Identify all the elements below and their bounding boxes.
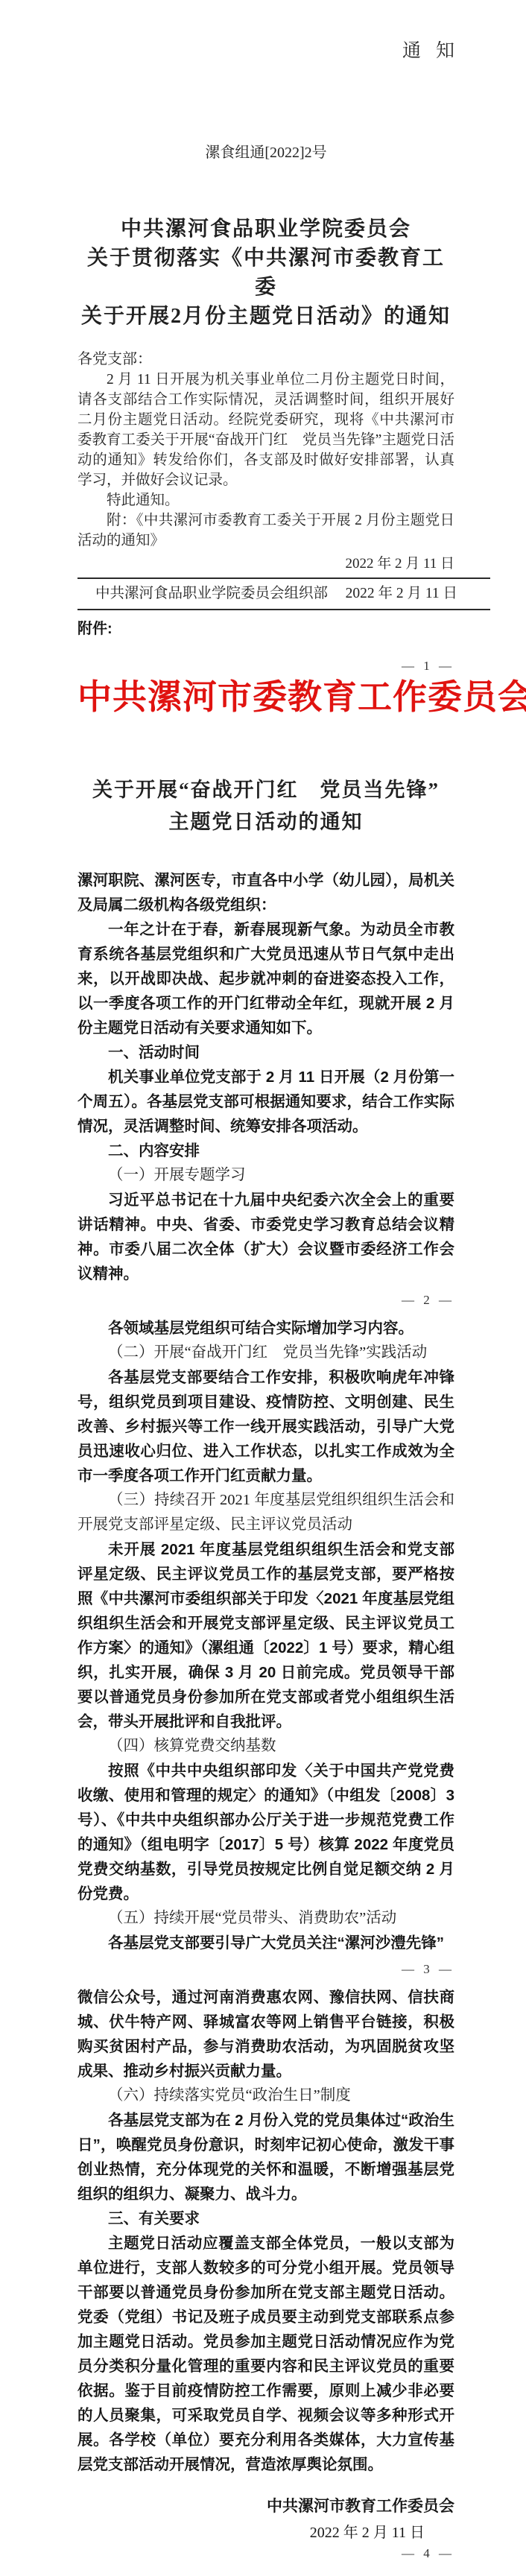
body-paragraph-continuation: 微信公众号，通过河南消费惠农网、豫信扶网、信扶商城、伏牛特产网、驿城富农等网上销… [77,1985,454,2083]
handwritten-corner-note: 通知 [77,0,469,63]
page-number-4: — 4 — [77,2545,454,2562]
body-paragraph: 未开展 2021 年度基层党组织组织生活会和党支部评星定级、民主评议党员工作的基… [77,1537,454,1734]
section-heading: 二、内容安排 [77,1139,454,1163]
cover-title-line: 中共漯河食品职业学院委员会 [77,215,454,244]
section-heading: 三、有关要求 [77,2206,454,2231]
attachment-label: 附件: [77,619,454,639]
issuing-date: 2022 年 2 月 11 日 [346,584,457,604]
cover-attachment-reference: 附：《中共漯河市委教育工委关于开展 2 月份主题党日活动的通知》 [77,510,454,551]
body-paragraph: 各基层党支部要引导广大党员关注“漯河沙澧先锋” [77,1931,454,1955]
cover-title: 中共漯河食品职业学院委员会 关于贯彻落实《中共漯河市委教育工委 关于开展2月份主… [77,215,454,331]
subsection-heading: （三）持续召开 2021 年度基层党组织组织生活会和开展党支部评星定级、民主评议… [77,1488,454,1537]
body-paragraph: 各基层党支部要结合工作安排，积极吹响虎年冲锋号，组织党员到项目建设、疫情防控、文… [77,1365,454,1488]
body-paragraph: 按照《中共中央组织部印发〈关于中国共产党党费收缴、使用和管理的规定〉的通知》（中… [77,1759,454,1906]
body-paragraph: 各领域基层党组织可结合实际增加学习内容。 [77,1316,454,1341]
page-number-1: — 1 — [77,658,454,674]
scanned-notice-document: 通知 漯食组通[2022]2号 中共漯河食品职业学院委员会 关于贯彻落实《中共漯… [0,0,526,2576]
body-paragraph: 主题党日活动应覆盖支部全体党员，一般以支部为单位进行，支部人数较多的可分党小组开… [77,2231,454,2477]
signature-organization: 中共漯河市教育工作委员会 [77,2493,454,2520]
issuing-department-strip: 中共漯河食品职业学院委员会组织部 2022 年 2 月 11 日 [77,577,490,610]
subsection-heading: （四）核算党费交纳基数 [77,1734,454,1759]
signature-block: 中共漯河市教育工作委员会 2022 年 2 月 11 日 [77,2493,454,2545]
subsection-heading: （一）开展专题学习 [77,1163,454,1188]
body-paragraph: 各基层党支部为在 2 月份入党的党员集体过“政治生日”，唤醒党员身份意识，时刻牢… [77,2108,454,2206]
cover-issue-date: 2022 年 2 月 11 日 [77,554,454,574]
page-number-marker: — 2 — [77,1286,454,1316]
red-letterhead: 中共漯河市委教育工作委员会 [77,676,454,719]
signature-date: 2022 年 2 月 11 日 [77,2520,454,2545]
subsection-heading: （六）持续落实党员“政治生日”制度 [77,2083,454,2108]
attachment-title-line: 主题党日活动的通知 [77,806,454,838]
cover-paragraph: 特此通知。 [77,490,454,510]
body-paragraph: 机关事业单位党支部于 2 月 11 日开展（2 月份第一个周五）。各基层党支部可… [77,1065,454,1139]
attachment-title: 关于开展“奋战开门红 党员当先锋” 主题党日活动的通知 [77,774,454,838]
body-paragraph: 一年之计在于春，新春展现新气象。为动员全市教育系统各基层党组织和广大党员迅速从节… [77,917,454,1040]
subsection-heading: （五）持续开展“党员带头、消费助农”活动 [77,1906,454,1931]
cover-title-line: 关于开展2月份主题党日活动》的通知 [77,302,454,331]
section-heading: 一、活动时间 [77,1040,454,1065]
body-paragraph: 习近平总书记在十九届中央纪委六次全会上的重要讲话精神。中央、省委、市委党史学习教… [77,1188,454,1286]
attachment-salutation: 漯河职院、漯河医专，市直各中小学（幼儿园），局机关及局属二级机构各级党组织： [77,868,454,917]
attachment-title-line: 关于开展“奋战开门红 党员当先锋” [77,774,454,806]
subsection-heading: （二）开展“奋战开门红 党员当先锋”实践活动 [77,1341,454,1365]
cover-paragraph: 2 月 11 日开展为机关事业单位二月份主题党日时间，请各支部结合工作实际情况，… [77,370,454,490]
page-number-marker: — 3 — [77,1955,454,1985]
cover-title-line: 关于贯彻落实《中共漯河市委教育工委 [77,244,454,302]
cover-salutation: 各党支部： [77,349,454,370]
issuing-department: 中共漯河食品职业学院委员会组织部 [77,584,328,604]
document-number: 漯食组通[2022]2号 [77,143,454,162]
attachment-body: 漯河职院、漯河医专，市直各中小学（幼儿园），局机关及局属二级机构各级党组织：一年… [77,868,454,2477]
